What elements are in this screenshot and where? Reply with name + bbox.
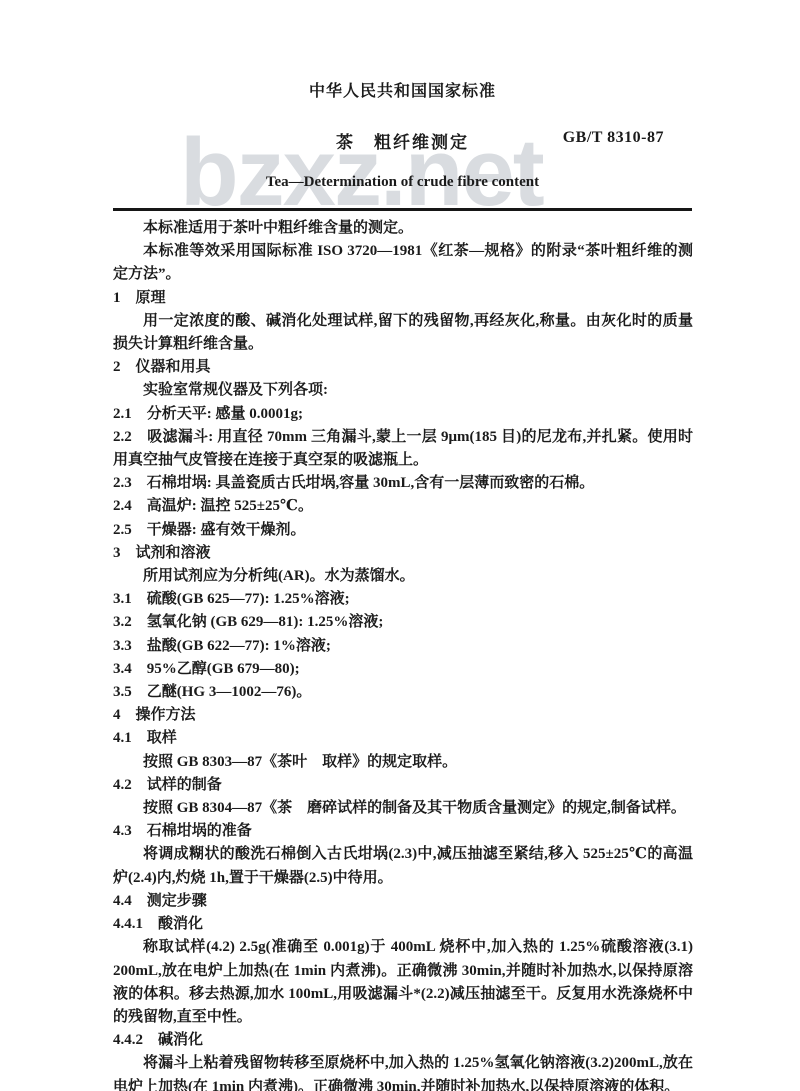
title-row: 茶 粗纤维测定 GB/T 8310-87 — [113, 128, 692, 150]
paragraph: 用一定浓度的酸、碱消化处理试样,留下的残留物,再经灰化,称量。由灰化时的质量损失… — [113, 310, 693, 356]
section-heading: 4 操作方法 — [113, 704, 693, 727]
clause-item: 2.2 吸滤漏斗: 用直径 70mm 三角漏斗,蒙上一层 9μm(185 目)的… — [113, 426, 693, 472]
paragraph: 本标准等效采用国际标准 ISO 3720—1981《红茶—规格》的附录“茶叶粗纤… — [113, 240, 693, 286]
clause-item: 3.5 乙醚(HG 3—1002—76)。 — [113, 681, 693, 704]
document-body: 本标准适用于茶叶中粗纤维含量的测定。本标准等效采用国际标准 ISO 3720—1… — [113, 217, 693, 1091]
document-content: 中华人民共和国国家标准 茶 粗纤维测定 GB/T 8310-87 Tea—Det… — [0, 0, 800, 1091]
section-heading: 1 原理 — [113, 287, 693, 310]
paragraph: 称取试样(4.2) 2.5g(准确至 0.001g)于 400mL 烧杯中,加入… — [113, 936, 693, 1029]
clause-item: 2.4 高温炉: 温控 525±25℃。 — [113, 495, 693, 518]
standard-code: GB/T 8310-87 — [563, 129, 664, 147]
clause-item: 2.5 干燥器: 盛有效干燥剂。 — [113, 519, 693, 542]
clause-item: 3.4 95%乙醇(GB 679—80); — [113, 658, 693, 681]
clause-item: 3.1 硫酸(GB 625—77): 1.25%溶液; — [113, 588, 693, 611]
clause-item: 2.3 石棉坩埚: 具盖瓷质古氏坩埚,容量 30mL,含有一层薄而致密的石棉。 — [113, 472, 693, 495]
document-page: bzxz.net 中华人民共和国国家标准 茶 粗纤维测定 GB/T 8310-8… — [0, 0, 800, 1091]
paragraph: 将漏斗上粘着残留物转移至原烧杯中,加入热的 1.25%氢氧化钠溶液(3.2)20… — [113, 1052, 693, 1091]
section-heading: 2 仪器和用具 — [113, 356, 693, 379]
section-heading: 3 试剂和溶液 — [113, 542, 693, 565]
section-heading: 4.4.1 酸消化 — [113, 913, 693, 936]
section-heading: 4.4.2 碱消化 — [113, 1029, 693, 1052]
clause-item: 2.1 分析天平: 感量 0.0001g; — [113, 403, 693, 426]
national-standard-label: 中华人民共和国国家标准 — [113, 78, 692, 101]
paragraph: 所用试剂应为分析纯(AR)。水为蒸馏水。 — [113, 565, 693, 588]
clause-item: 3.2 氢氧化钠 (GB 629—81): 1.25%溶液; — [113, 611, 693, 634]
header-divider-rule — [113, 208, 692, 211]
paragraph: 实验室常规仪器及下列各项: — [113, 379, 693, 402]
paragraph: 将调成糊状的酸洗石棉倒入古氏坩埚(2.3)中,减压抽滤至紧结,移入 525±25… — [113, 843, 693, 889]
clause-item: 3.3 盐酸(GB 622—77): 1%溶液; — [113, 635, 693, 658]
paragraph: 本标准适用于茶叶中粗纤维含量的测定。 — [113, 217, 693, 240]
section-heading: 4.4 测定步骤 — [113, 890, 693, 913]
paragraph: 按照 GB 8304—87《茶 磨碎试样的制备及其干物质含量测定》的规定,制备试… — [113, 797, 693, 820]
section-heading: 4.1 取样 — [113, 727, 693, 750]
section-heading: 4.2 试样的制备 — [113, 774, 693, 797]
document-title-en: Tea—Determination of crude fibre content — [113, 174, 692, 191]
section-heading: 4.3 石棉坩埚的准备 — [113, 820, 693, 843]
paragraph: 按照 GB 8303—87《茶叶 取样》的规定取样。 — [113, 751, 693, 774]
